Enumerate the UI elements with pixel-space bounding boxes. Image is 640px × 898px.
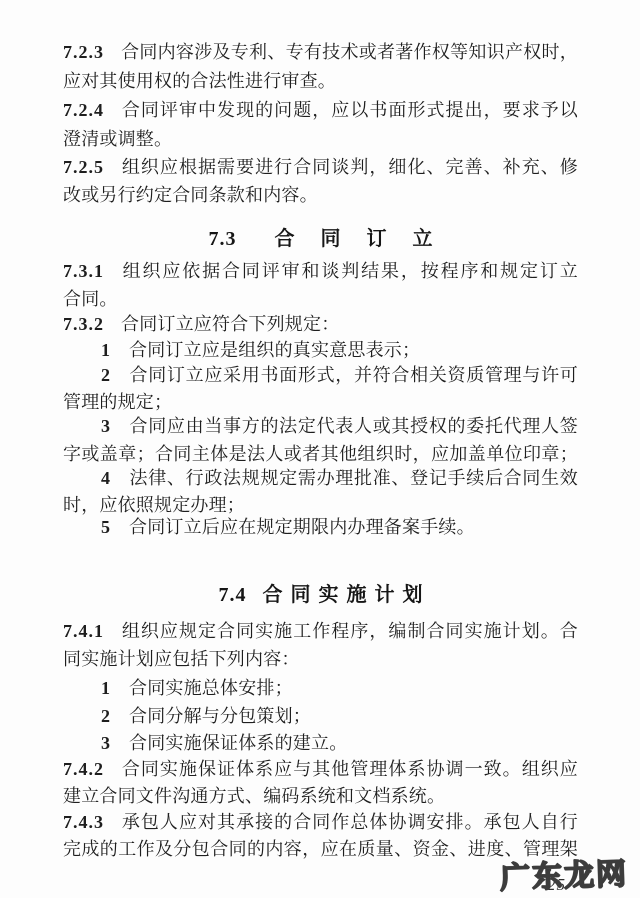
item-text: 合同订立后应在规定期限内办理备案手续。 [129, 517, 475, 537]
item-text: 合同实施保证体系的建立。 [129, 733, 347, 753]
heading-number: 7.3 [209, 228, 237, 250]
item-number: 2 [101, 706, 110, 726]
list-item: 1合同实施总体安排； [63, 676, 578, 700]
item-text: 合同实施总体安排； [129, 678, 293, 698]
item-text: 法律、行政法规规定需办理批准、登记手续后合同生效 [129, 468, 578, 488]
clause-line: 7.2.4合同评审中发现的问题，应以书面形式提出，要求予以 [63, 98, 578, 122]
heading-title: 合同实施计划 [263, 584, 431, 606]
clause-number: 7.4.3 [63, 812, 104, 832]
item-number: 4 [101, 468, 110, 488]
clause-text: 管理的规定； [63, 392, 172, 412]
clause-text: 澄清或调整。 [63, 129, 172, 149]
clause-number: 7.4.1 [63, 621, 104, 641]
clause-line: 管理的规定； [63, 390, 578, 414]
watermark-text: 广东龙网 [499, 849, 628, 897]
heading-7-3: 7.3合同订立 [63, 226, 578, 252]
clause-number: 7.2.5 [63, 157, 104, 177]
clause-line: 7.3.2合同订立应符合下列规定： [63, 312, 578, 336]
clause-line: 澄清或调整。 [63, 127, 578, 151]
heading-number: 7.4 [219, 584, 247, 606]
clause-line: 7.3.1组织应依据合同评审和谈判结果，按程序和规定订立 [63, 259, 578, 283]
list-item: 2合同订立应采用书面形式，并符合相关资质管理与许可 [63, 363, 578, 387]
clause-text: 合同内容涉及专利、专有技术或者著作权等知识产权时， [121, 42, 578, 62]
clause-text: 合同实施保证体系应与其他管理体系协调一致。组织应 [121, 759, 578, 779]
list-item: 4法律、行政法规规定需办理批准、登记手续后合同生效 [63, 466, 578, 490]
clause-text: 应对其使用权的合法性进行审查。 [63, 71, 336, 91]
clause-text: 时，应依照规定办理； [63, 495, 245, 515]
item-text: 合同应由当事方的法定代表人或其授权的委托代理人签 [129, 416, 578, 436]
item-number: 1 [101, 340, 110, 360]
clause-text: 字或盖章；合同主体是法人或者其他组织时，应加盖单位印章； [63, 444, 578, 464]
item-number: 3 [101, 733, 110, 753]
clause-line: 建立合同文件沟通方式、编码系统和文档系统。 [63, 784, 578, 808]
item-text: 合同订立应是组织的真实意思表示； [129, 340, 420, 360]
clause-text: 承包人应对其承接的合同作总体协调安排。承包人自行 [121, 812, 578, 832]
item-text: 合同订立应采用书面形式，并符合相关资质管理与许可 [129, 365, 578, 385]
clause-line: 改或另行约定合同条款和内容。 [63, 183, 578, 207]
clause-line: 字或盖章；合同主体是法人或者其他组织时，应加盖单位印章； [63, 442, 578, 466]
list-item: 3合同实施保证体系的建立。 [63, 731, 578, 755]
clause-number: 7.3.2 [63, 314, 104, 334]
clause-text: 组织应根据需要进行合同谈判，细化、完善、补充、修 [121, 157, 578, 177]
clause-number: 7.4.2 [63, 759, 104, 779]
clause-line: 时，应依照规定办理； [63, 493, 578, 517]
clause-text: 组织应依据合同评审和谈判结果，按程序和规定订立 [121, 261, 578, 281]
item-text: 合同分解与分包策划； [129, 706, 311, 726]
heading-title: 合同订立 [275, 228, 459, 250]
clause-line: 7.2.3合同内容涉及专利、专有技术或者著作权等知识产权时， [63, 40, 578, 64]
clause-line: 同实施计划应包括下列内容： [63, 647, 578, 671]
item-number: 1 [101, 678, 110, 698]
clause-text: 合同订立应符合下列规定： [121, 314, 339, 334]
clause-number: 7.2.3 [63, 42, 104, 62]
clause-line: 7.2.5组织应根据需要进行合同谈判，细化、完善、补充、修 [63, 155, 578, 179]
clause-text: 组织应规定合同实施工作程序，编制合同实施计划。合 [121, 621, 578, 641]
list-item: 2合同分解与分包策划； [63, 704, 578, 728]
clause-line: 合同。 [63, 287, 578, 311]
clause-text: 建立合同文件沟通方式、编码系统和文档系统。 [63, 786, 445, 806]
clause-text: 改或另行约定合同条款和内容。 [63, 185, 318, 205]
clause-line: 7.4.3承包人应对其承接的合同作总体协调安排。承包人自行 [63, 810, 578, 834]
clause-text: 同实施计划应包括下列内容： [63, 649, 300, 669]
clause-line: 7.4.2合同实施保证体系应与其他管理体系协调一致。组织应 [63, 757, 578, 781]
document-page: 7.2.3合同内容涉及专利、专有技术或者著作权等知识产权时， 应对其使用权的合法… [0, 0, 640, 898]
list-item: 1合同订立应是组织的真实意思表示； [63, 338, 578, 362]
list-item: 3合同应由当事方的法定代表人或其授权的委托代理人签 [63, 414, 578, 438]
clause-number: 7.2.4 [63, 100, 104, 120]
heading-7-4: 7.4合同实施计划 [63, 582, 578, 608]
item-number: 2 [101, 365, 110, 385]
clause-line: 应对其使用权的合法性进行审查。 [63, 69, 578, 93]
item-number: 5 [101, 517, 110, 537]
clause-line: 7.4.1组织应规定合同实施工作程序，编制合同实施计划。合 [63, 619, 578, 643]
clause-number: 7.3.1 [63, 261, 104, 281]
list-item: 5合同订立后应在规定期限内办理备案手续。 [63, 515, 578, 539]
clause-text: 合同评审中发现的问题，应以书面形式提出，要求予以 [121, 100, 578, 120]
clause-text: 合同。 [63, 289, 118, 309]
item-number: 3 [101, 416, 110, 436]
